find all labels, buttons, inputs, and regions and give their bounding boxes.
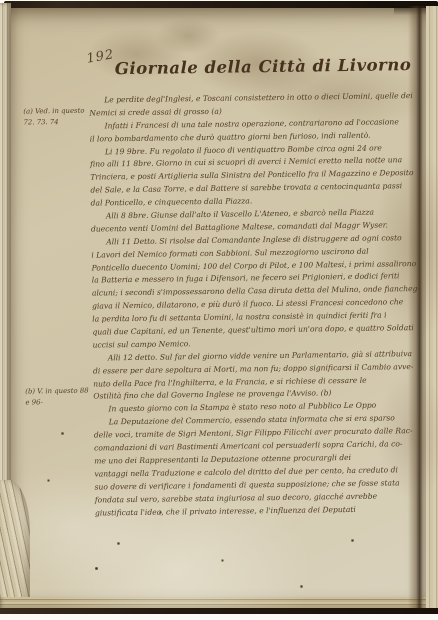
manuscript-line: (b) V. in questo 88 <box>25 386 95 397</box>
manuscript-line: 72. 73. 74 <box>23 116 93 127</box>
page-title: Giornale della Città di Livorno <box>115 56 371 79</box>
manuscript-body: Le perdite degl'Inglesi, e Toscani consi… <box>89 90 419 520</box>
ink-layer: 192 Giornale della Città di Livorno (a) … <box>0 0 438 620</box>
margin-note-a: (a) Ved. in questo72. 73. 74 <box>23 106 93 128</box>
page-number: 192 <box>86 47 116 67</box>
manuscript-line: e 96- <box>25 396 95 407</box>
manuscript-line: (a) Ved. in questo <box>23 106 93 117</box>
manuscript-photo: 192 Giornale della Città di Livorno (a) … <box>0 0 438 620</box>
margin-note-b: (b) V. in questo 88e 96- <box>25 386 95 408</box>
